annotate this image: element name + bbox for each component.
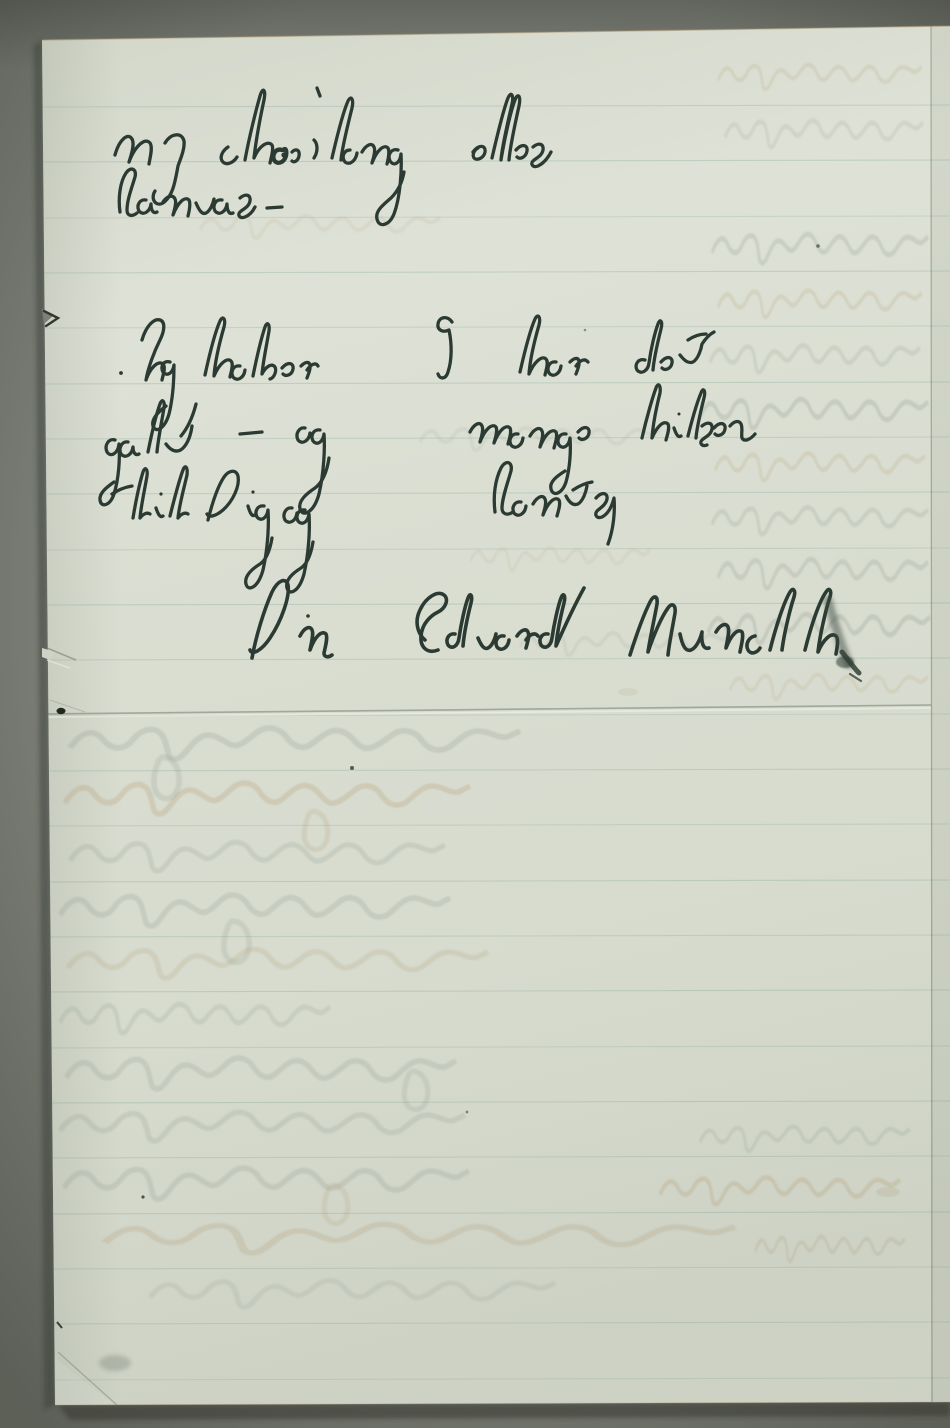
paper-sheet: [42, 20, 950, 1410]
gray-smudge: [99, 1355, 131, 1371]
right-fold-strip: [931, 20, 950, 1410]
letter-scan-image: [0, 0, 950, 1428]
stain: [876, 1187, 900, 1197]
tear-dark-speck: [57, 708, 66, 714]
speck: [466, 1111, 469, 1114]
stain: [618, 688, 638, 696]
speck: [141, 1195, 144, 1198]
speck: [816, 244, 820, 248]
speck: [350, 766, 354, 770]
letter-photo-stage: [0, 0, 950, 1428]
speck: [584, 329, 587, 332]
